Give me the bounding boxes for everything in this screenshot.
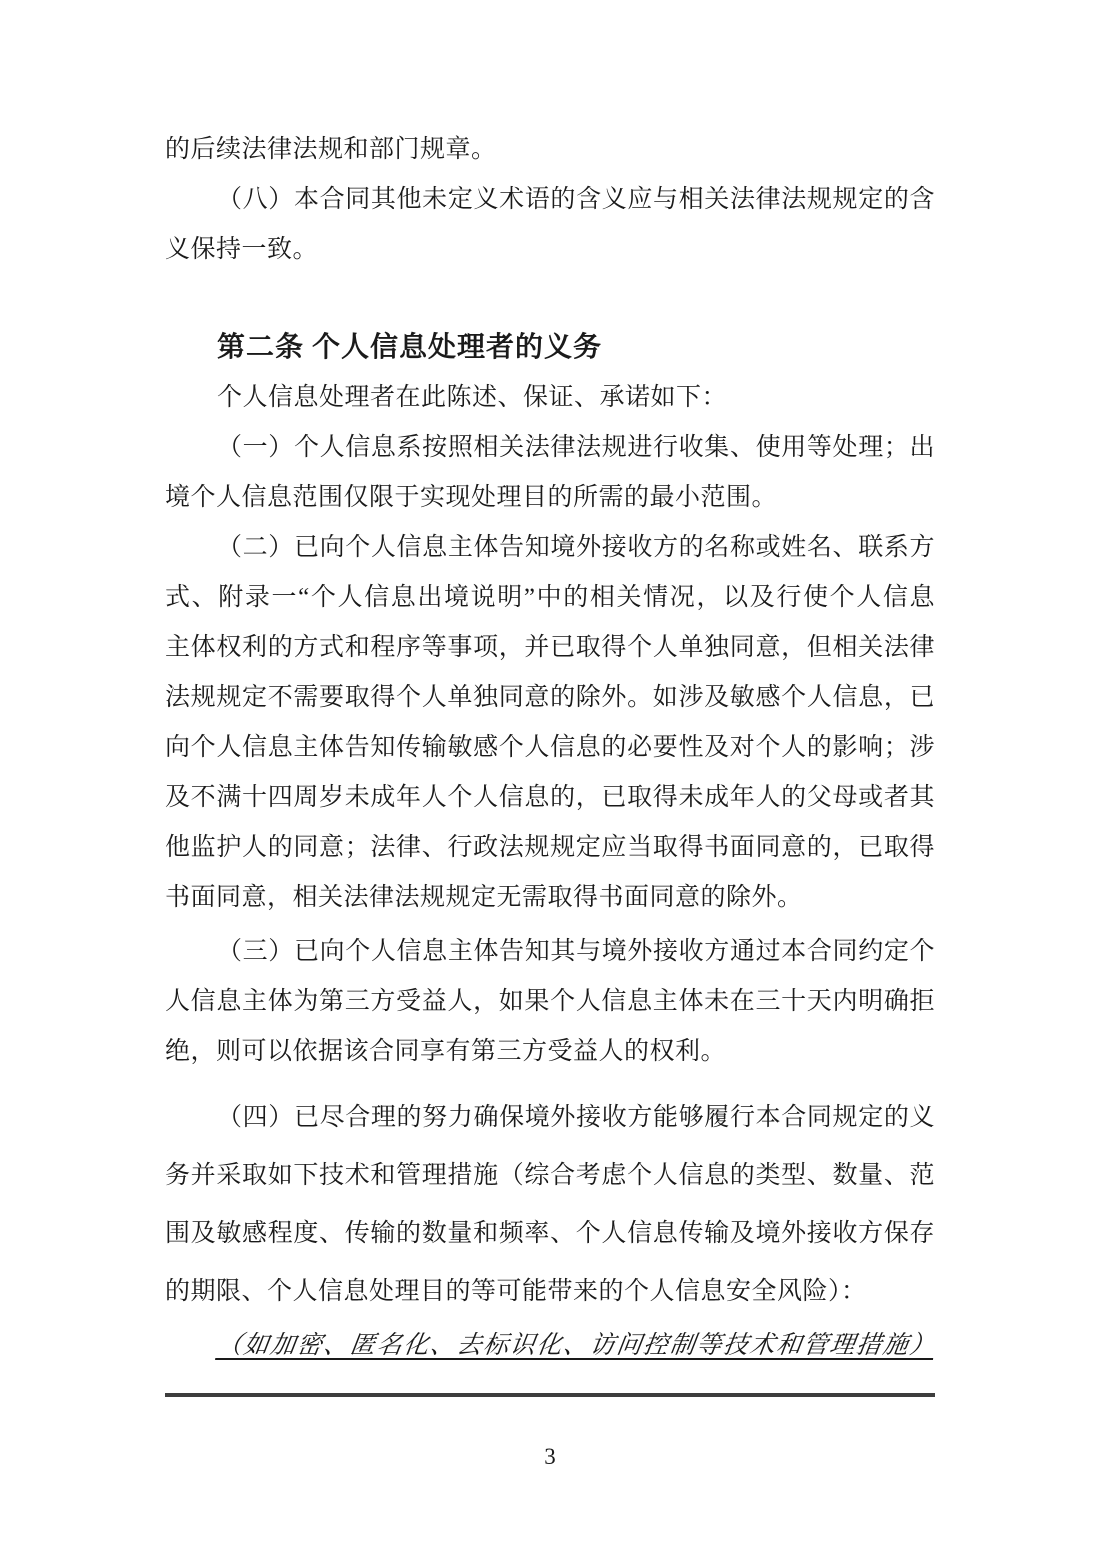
text-line: （一）个人信息系按照相关法律法规进行收集、使用等处理；出 xyxy=(165,423,935,473)
text-line: 务并采取如下技术和管理措施（综合考虑个人信息的类型、数量、范 xyxy=(165,1147,935,1205)
text-line: 向个人信息主体告知传输敏感个人信息的必要性及对个人的影响；涉 xyxy=(165,723,935,773)
text-line: 及不满十四周岁未成年人个人信息的，已取得未成年人的父母或者其 xyxy=(165,773,935,823)
text-line: 人信息主体为第三方受益人，如果个人信息主体未在三十天内明确拒 xyxy=(165,977,935,1027)
text-line: 围及敏感程度、传输的数量和频率、个人信息传输及境外接收方保存 xyxy=(165,1205,935,1263)
text-line: 主体权利的方式和程序等事项，并已取得个人单独同意，但相关法律 xyxy=(165,623,935,673)
text-line: 书面同意，相关法律法规规定无需取得书面同意的除外。 xyxy=(165,873,935,923)
text-line: 的后续法律法规和部门规章。 xyxy=(165,125,935,175)
section-heading: 第二条 个人信息处理者的义务 xyxy=(165,323,935,373)
text-line: 他监护人的同意；法律、行政法规规定应当取得书面同意的，已取得 xyxy=(165,823,935,873)
page-number: 3 xyxy=(165,1437,935,1477)
text-line: （四）已尽合理的努力确保境外接收方能够履行本合同规定的义 xyxy=(165,1089,935,1147)
text-line: 个人信息处理者在此陈述、保证、承诺如下： xyxy=(165,373,935,423)
text-line: （三）已向个人信息主体告知其与境外接收方通过本合同约定个 xyxy=(165,927,935,977)
text-line: （八）本合同其他未定义术语的含义应与相关法律法规规定的含 xyxy=(165,175,935,225)
document-page: 的后续法律法规和部门规章。（八）本合同其他未定义术语的含义应与相关法律法规规定的… xyxy=(0,0,1100,1556)
annotation-line: （如加密、匿名化、去标识化、访问控制等技术和管理措施） xyxy=(161,1321,938,1371)
text-line: 义保持一致。 xyxy=(165,225,935,275)
fill-in-blank-line xyxy=(165,1393,935,1397)
text-line: 绝，则可以依据该合同享有第三方受益人的权利。 xyxy=(165,1027,935,1077)
text-line: 的期限、个人信息处理目的等可能带来的个人信息安全风险）： xyxy=(165,1263,935,1321)
text-line: 法规规定不需要取得个人单独同意的除外。如涉及敏感个人信息，已 xyxy=(165,673,935,723)
text-line: （二）已向个人信息主体告知境外接收方的名称或姓名、联系方 xyxy=(165,523,935,573)
text-line: 境个人信息范围仅限于实现处理目的所需的最小范围。 xyxy=(165,473,935,523)
text-line: 式、附录一“个人信息出境说明”中的相关情况，以及行使个人信息 xyxy=(165,573,935,623)
document-body: 的后续法律法规和部门规章。（八）本合同其他未定义术语的含义应与相关法律法规规定的… xyxy=(165,125,935,1477)
